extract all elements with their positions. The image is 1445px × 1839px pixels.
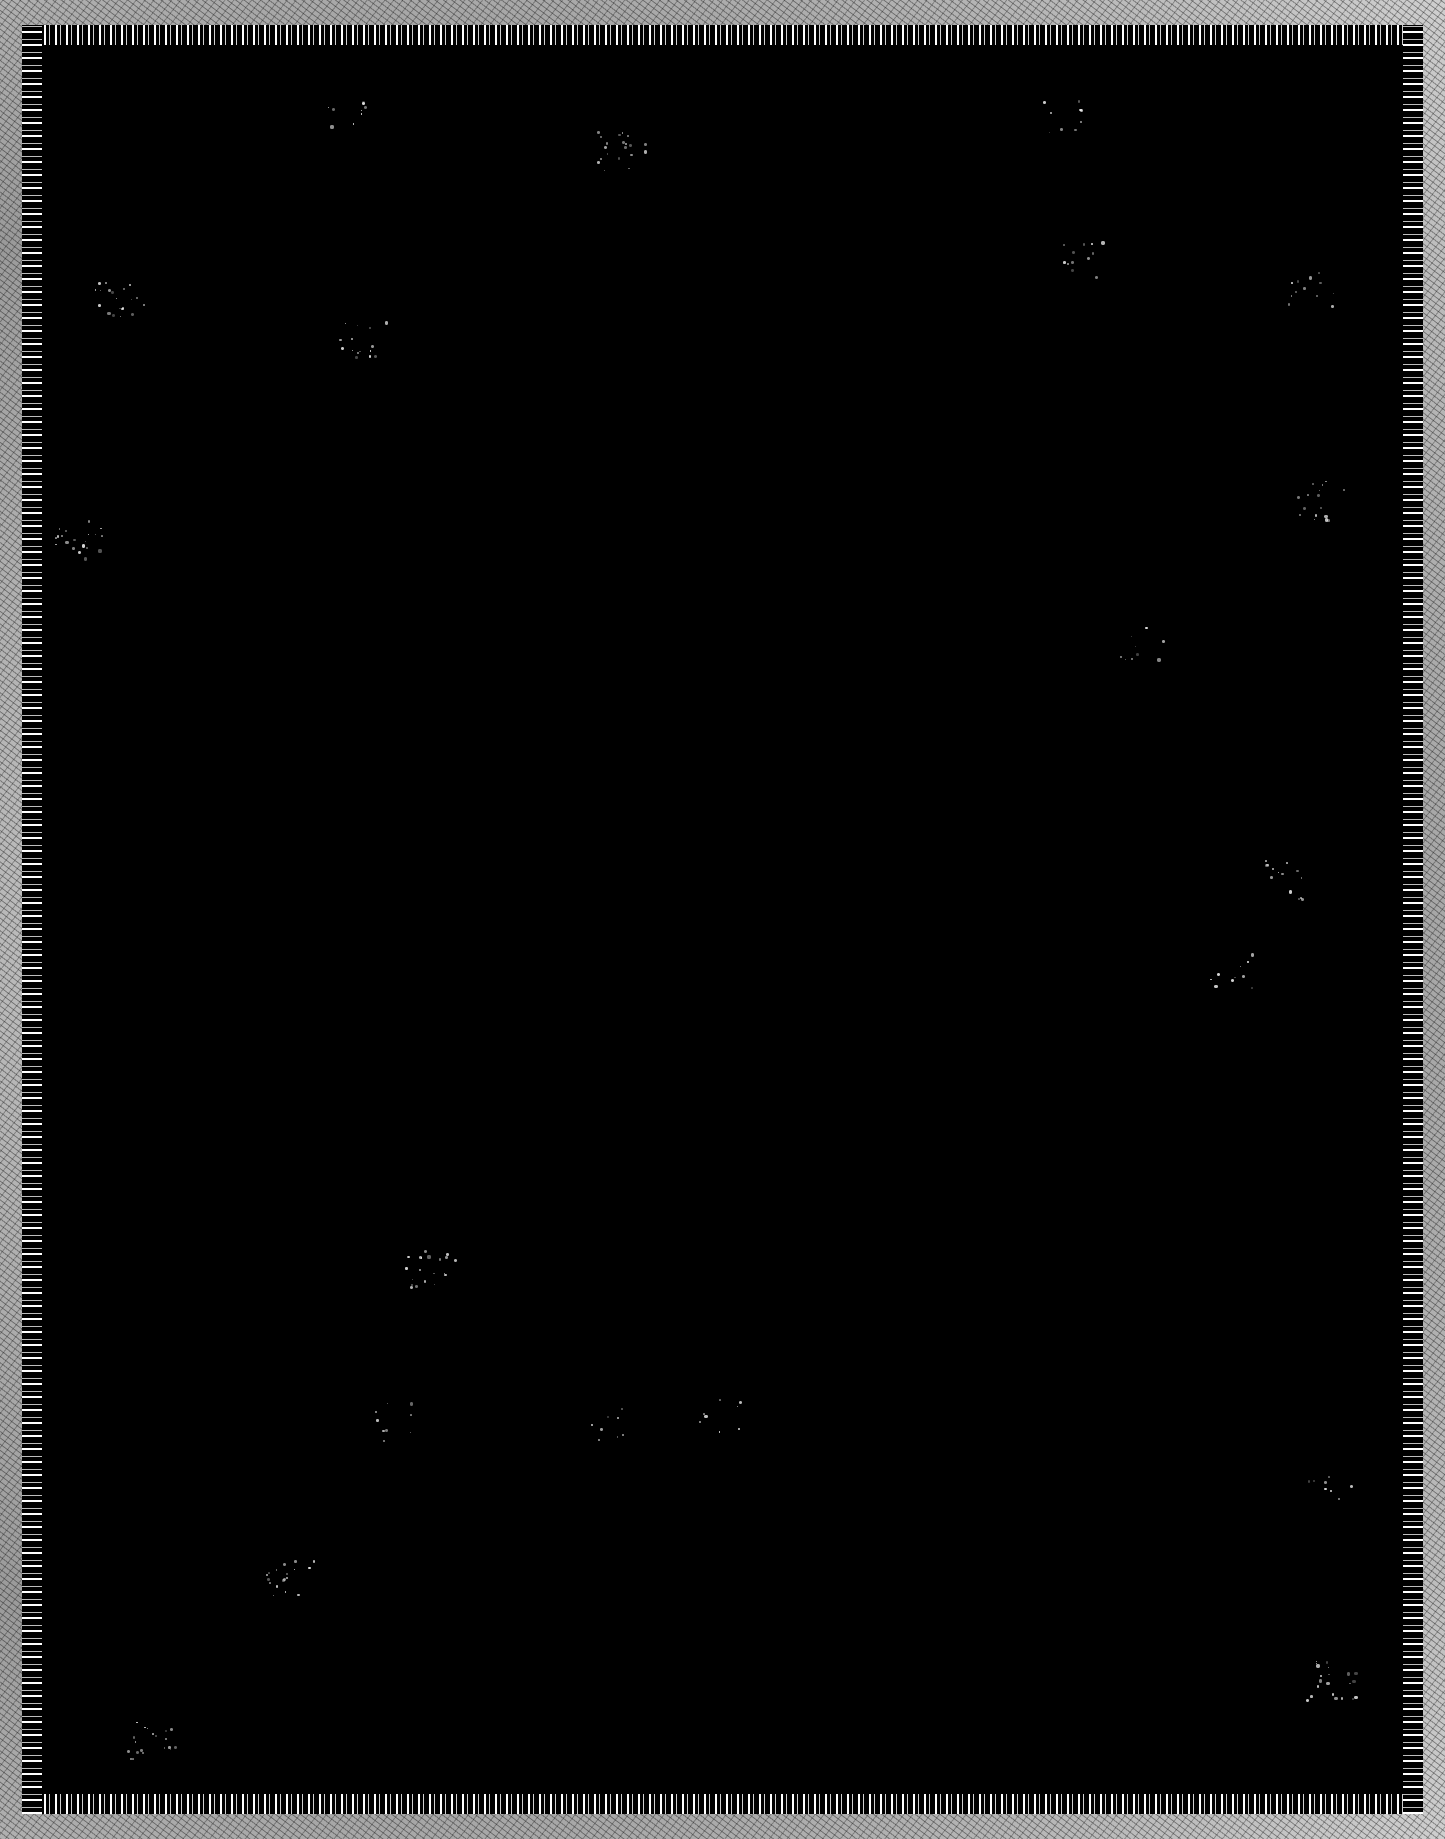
frame-stripes-top [22,25,1423,45]
frame-stripes-left [22,25,42,1814]
grunge-frame-canvas [0,0,1445,1839]
frame-stripes-right [1403,25,1423,1814]
black-center-panel [42,45,1403,1794]
frame-stripes-bottom [22,1794,1423,1814]
